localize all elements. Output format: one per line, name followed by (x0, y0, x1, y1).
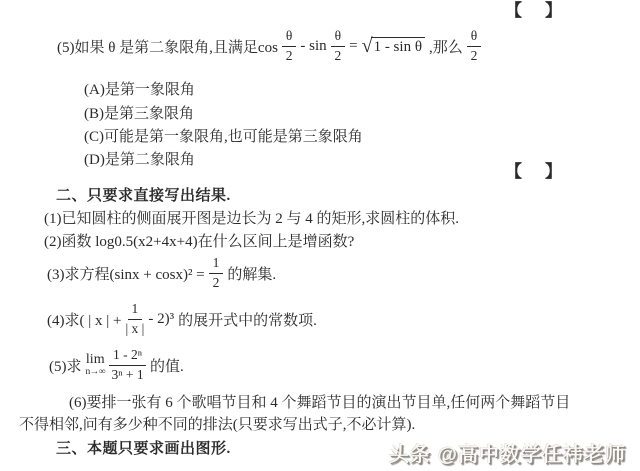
item-5-text-post: 的值. (150, 355, 184, 376)
section-2-item-3: (3)求方程(sinx + cosx)² = 1 2 的解集. (47, 252, 276, 294)
item-4-text-mid: - 2)³ (148, 311, 174, 328)
section-2-item-6-line-2: 不得相邻,问有多少种不同的排法(只要求写出式子,不必计算). (19, 413, 415, 434)
answer-bracket: 【 】 (505, 2, 562, 19)
answer-bracket: 【 】 (505, 163, 562, 180)
fraction-limit-expression: 1 - 2ⁿ 3ⁿ + 1 (109, 347, 146, 382)
item-5-text-pre: (5)求 (49, 355, 82, 376)
bracket-close: 】 (545, 2, 562, 19)
equals-sign: = (349, 38, 357, 55)
fraction-theta-over-2: θ 2 (467, 28, 481, 63)
section-2-item-4: (4)求( | x | + 1 | x | - 2)³ 的展开式中的常数项. (47, 296, 317, 342)
question-5-text-post: ,那么 (429, 36, 463, 57)
question-5-stem: (5)如果 θ 是第二象限角,且满足cos θ 2 - sin θ 2 = √ … (57, 27, 481, 65)
fraction-theta-over-2: θ 2 (282, 28, 296, 63)
option-b: (B)是第三象限角 (84, 102, 194, 123)
limit-operator: lim n→∞ (86, 353, 106, 378)
bracket-open: 【 (505, 2, 522, 19)
question-5-text-pre: (5)如果 θ 是第二象限角,且满足cos (57, 36, 278, 57)
fraction-one-half: 1 2 (209, 255, 224, 290)
section-3-heading: 三、本题只要求画出图形. (56, 437, 231, 458)
section-2-item-1: (1)已知圆柱的侧面展开图是边长为 2 与 4 的矩形,求圆柱的体积. (44, 207, 459, 228)
bracket-open: 【 (505, 163, 522, 180)
option-a: (A)是第一象限角 (84, 78, 195, 99)
watermark: 头条 @高中数学任祎老师 (389, 438, 626, 467)
item-4-text-pre: (4)求( | x | + (47, 309, 121, 330)
option-d: (D)是第二象限角 (84, 148, 195, 169)
radical-expression: √ 1 - sin θ (362, 36, 425, 56)
fraction-theta-over-2: θ 2 (331, 28, 345, 63)
bracket-close: 】 (545, 163, 562, 180)
minus-sin-text: - sin (300, 38, 326, 55)
section-2-heading: 二、只要求直接写出结果. (56, 184, 231, 205)
fraction-one-over-abs-x: 1 | x | (125, 301, 144, 336)
section-2-item-2: (2)函数 log0.5(x2+4x+4)在什么区间上是增函数? (44, 230, 354, 251)
item-3-text-pre: (3)求方程(sinx + cosx)² = (47, 263, 205, 284)
option-c: (C)可能是第一象限角,也可能是第三象限角 (84, 125, 363, 146)
document-page: 【 】 (5)如果 θ 是第二象限角,且满足cos θ 2 - sin θ 2 … (0, 0, 640, 471)
item-3-text-post: 的解集. (227, 263, 276, 284)
section-2-item-6-line-1: (6)要排一张有 6 个歌唱节目和 4 个舞蹈节目的演出节目单,任何两个舞蹈节目 (69, 391, 570, 412)
item-4-text-post: 的展开式中的常数项. (178, 309, 317, 330)
section-2-item-5: (5)求 lim n→∞ 1 - 2ⁿ 3ⁿ + 1 的值. (49, 342, 184, 388)
